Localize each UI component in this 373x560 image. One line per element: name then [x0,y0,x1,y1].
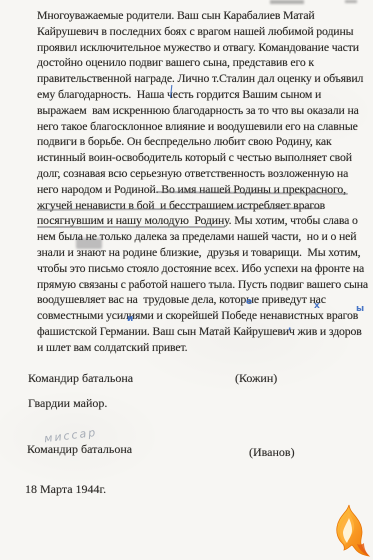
letter-line: подвиги в борьбе. Он беспредельно любит … [37,134,368,150]
letter-line: него народом и Родиной. Во имя нашей Род… [37,182,368,198]
letter-line: истинный воин-освободитель который с чес… [37,150,368,166]
signature-name-2: (Иванов) [249,445,295,460]
ink-mark: и [127,315,133,324]
letter-line: прямую связаны с работой нашего тыла. Пу… [37,277,368,293]
flame-logo-icon [328,504,372,558]
signature-title-1: Командир батальона [28,371,133,386]
scanned-letter-page: { "colors": { "paper": "#f7f6f3", "ink":… [0,0,373,560]
ink-mark: е [246,298,252,307]
letter-line: фашистской Германии. Ваш сын Матай Кайру… [37,324,368,340]
letter-line: Кайрушевич в последних боях с врагом наш… [37,24,368,40]
signature-name-1: (Кожин) [235,371,277,386]
ink-mark: х [314,302,320,311]
pencil-underline [37,226,225,228]
letter-line: жгучей ненависти в бой и бесстрашием ист… [37,198,368,214]
letter-line: ему благодарность. Наша честь гордится В… [37,87,368,103]
letter-line: выражаем вам искреннюю благодарность за … [37,103,368,119]
ink-smudge [76,238,102,249]
letter-line: достойно оценило подвиг вашего сына, пре… [37,55,368,71]
scan-artifact [270,0,304,4]
ink-mark: ы [356,305,364,314]
letter-line: проявил исключительное мужество и отвагу… [37,40,368,56]
letter-date: 18 Марта 1944г. [25,482,106,497]
letter-line: чтобы это письмо стояло достояние всех. … [37,261,368,277]
signature-rank-1: Гвардии майор. [28,396,107,411]
ink-mark: , [288,323,291,332]
letter-line: него такое благосклонное влияние и вооду… [37,119,368,135]
letter-line: Многоуважаемые родители. Ваш сын Карабал… [37,8,368,24]
letter-line: долг, сознавая всю серьезную ответственн… [37,166,368,182]
letter-line: правительственной награде. Лично т.Стали… [37,71,368,87]
letter-line: и шлет вам солдатский привет. [37,340,368,356]
scan-artifact [345,0,357,3]
signature-title-2: Командир батальона [27,442,132,457]
